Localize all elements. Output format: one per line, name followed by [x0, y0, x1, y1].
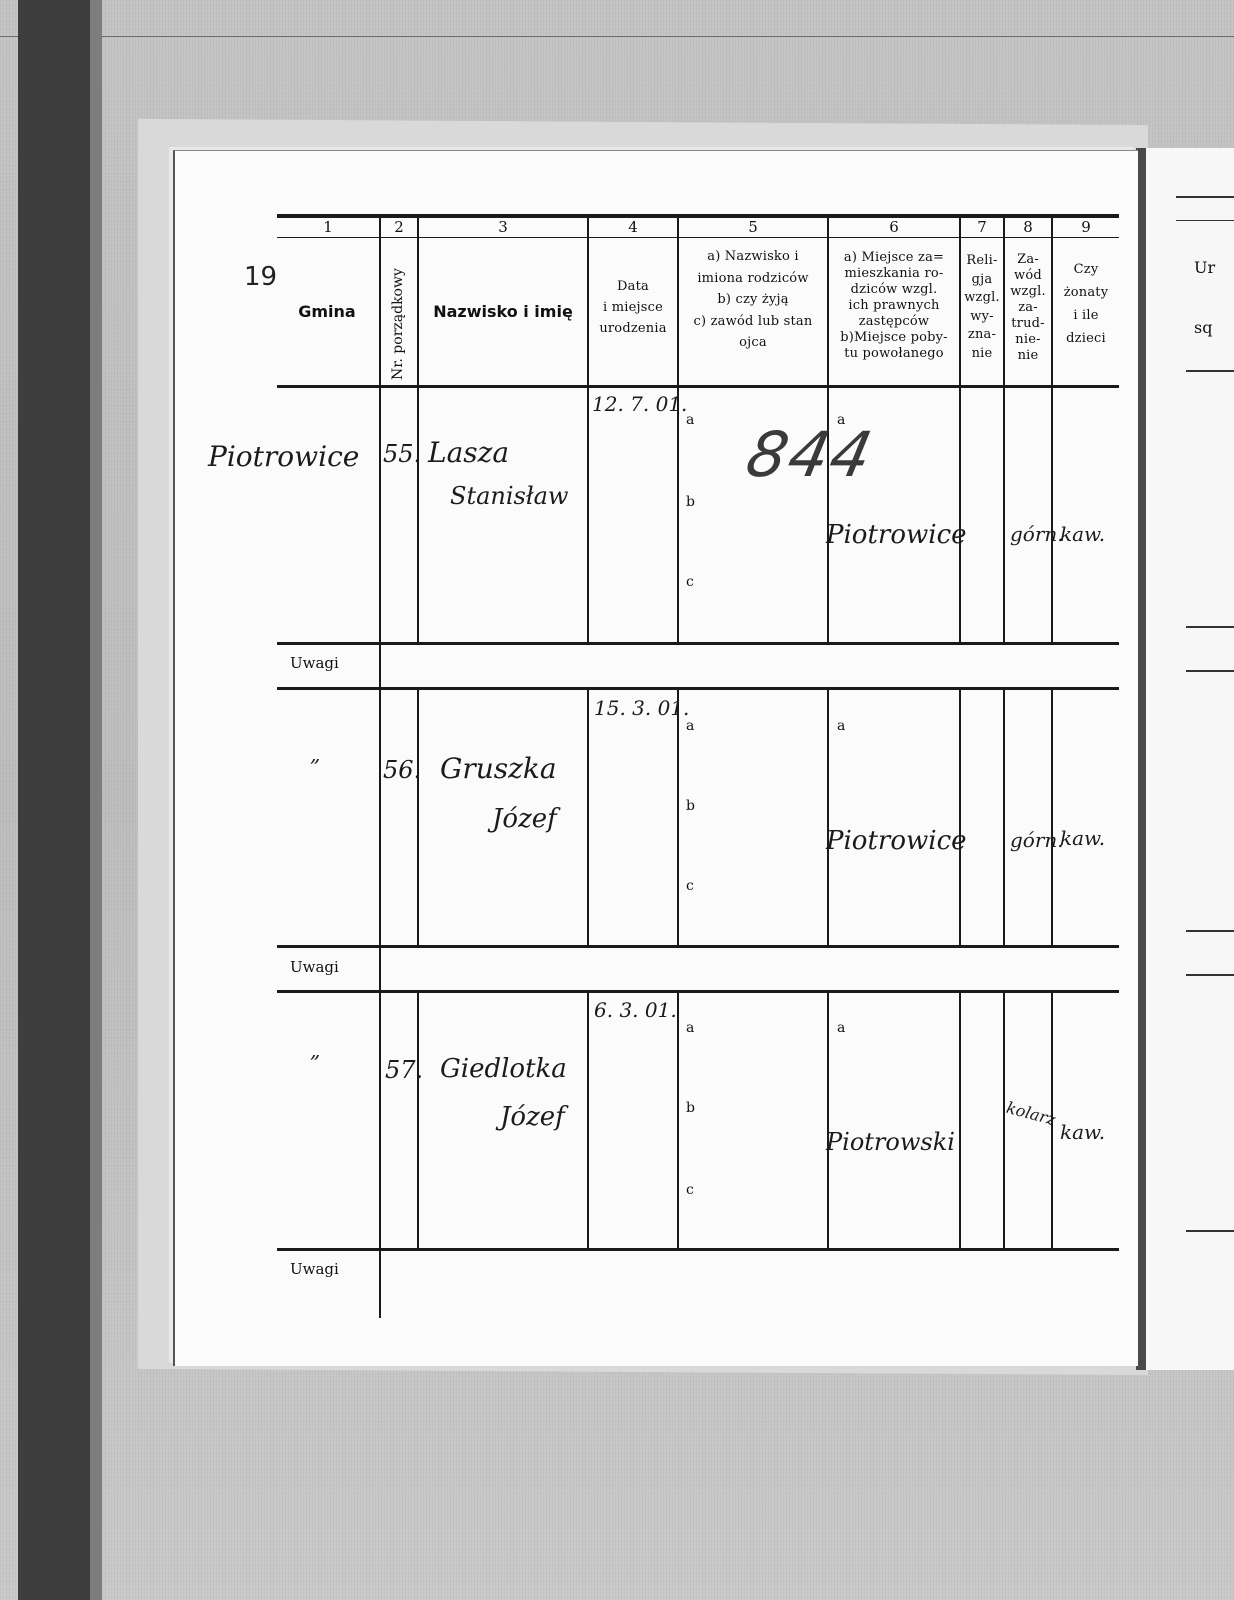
- header-line: wy-: [961, 308, 1003, 327]
- header-line: urodzenia: [589, 318, 677, 339]
- facing-page-rule: [1186, 1230, 1234, 1232]
- row1-divider: [959, 388, 961, 642]
- column-divider-4: [677, 216, 679, 386]
- header-line: ojca: [679, 332, 827, 354]
- header-line: Czy: [1053, 258, 1119, 281]
- row2-divider: [677, 690, 679, 945]
- row2-divider: [587, 690, 589, 945]
- row1-divider: [417, 388, 419, 642]
- row2-divider: [417, 690, 419, 945]
- facing-page-rule: [1186, 626, 1234, 628]
- entry2-surname: Gruszka: [440, 752, 557, 785]
- entry2-marital-status: kaw.: [1060, 826, 1105, 850]
- column-number-9: 9: [1053, 218, 1119, 236]
- row2-bottom-rule: [277, 945, 1119, 948]
- header-zonaty: Czy żonaty i ile dzieci: [1053, 258, 1119, 350]
- facing-page-rule: [1186, 974, 1234, 976]
- column-number-rule: [277, 237, 1119, 238]
- row3-divider: [417, 993, 419, 1248]
- row1-bottom-rule: [277, 642, 1119, 645]
- remarks-label: Uwagi: [290, 1260, 339, 1278]
- column-number-2: 2: [381, 218, 417, 236]
- header-line: a) Nazwisko i: [679, 246, 827, 268]
- column-number-1: 1: [277, 218, 379, 236]
- row1-divider: [1051, 388, 1053, 642]
- header-line: nie: [961, 345, 1003, 364]
- column-divider-5: [827, 216, 829, 386]
- entry3-gmina-ditto: „: [310, 1038, 320, 1062]
- header-gmina: Gmina: [277, 302, 377, 321]
- header-religia: Reli- gja wzgl. wy- zna- nie: [961, 252, 1003, 363]
- entry3-birth-date: 6. 3. 01.: [594, 998, 677, 1022]
- remarks2-bottom-rule: [277, 990, 1119, 993]
- header-line: c) zawód lub stan: [679, 311, 827, 333]
- header-line: trud-: [1005, 316, 1051, 332]
- header-line: dziców wzgl.: [829, 282, 959, 298]
- row3-bottom-rule: [277, 1248, 1119, 1251]
- column-number-8: 8: [1005, 218, 1051, 236]
- entry2-residence: Piotrowice: [826, 826, 967, 856]
- row3-divider: [827, 993, 829, 1248]
- row3-divider: [1003, 993, 1005, 1248]
- sub-label-a: a: [837, 718, 845, 734]
- entry1-birth-date: 12. 7. 01.: [592, 392, 687, 416]
- header-line: nie-: [1005, 332, 1051, 348]
- header-rodzice: a) Nazwisko i imiona rodziców b) czy żyj…: [679, 246, 827, 354]
- header-line: dzieci: [1053, 327, 1119, 350]
- header-miejsce-zamieszkania: a) Miejsce za= mieszkania ro- dziców wzg…: [829, 250, 959, 362]
- sub-label-a: a: [837, 1020, 845, 1036]
- row3-divider: [677, 993, 679, 1248]
- entry3-given-name: Józef: [500, 1102, 565, 1132]
- header-data-urodzenia: Data i miejsce urodzenia: [589, 276, 677, 339]
- column-number-4: 4: [589, 218, 677, 236]
- sub-label-c: c: [686, 574, 694, 590]
- facing-page: Ur sq: [1146, 148, 1234, 1370]
- header-line: żonaty: [1053, 281, 1119, 304]
- column-number-5: 5: [679, 218, 827, 236]
- row1-divider: [587, 388, 589, 642]
- row3-divider: [959, 993, 961, 1248]
- header-line: i miejsce: [589, 297, 677, 318]
- column-number-7: 7: [961, 218, 1003, 236]
- header-line: Za-: [1005, 252, 1051, 268]
- column-divider-1: [379, 216, 381, 1318]
- sub-label-c: c: [686, 1182, 694, 1198]
- header-line: tu powołanego: [829, 346, 959, 362]
- sub-label-a: a: [686, 718, 694, 734]
- header-line: gja: [961, 271, 1003, 290]
- row3-divider: [587, 993, 589, 1248]
- row2-divider: [1003, 690, 1005, 945]
- entry1-marital-status: kaw.: [1060, 522, 1105, 546]
- column-divider-8: [1051, 216, 1053, 386]
- row1-divider: [1003, 388, 1005, 642]
- header-bottom-rule: [277, 385, 1119, 388]
- entry2-birth-date: 15. 3. 01.: [594, 696, 689, 720]
- book-binding-edge: [90, 0, 102, 1600]
- header-line: imiona rodziców: [679, 268, 827, 290]
- header-nr-porzadkowy: Nr. porządkowy: [390, 245, 406, 380]
- entry3-surname: Giedlotka: [440, 1054, 567, 1084]
- header-line: wzgl.: [961, 289, 1003, 308]
- entry3-marital-status: kaw.: [1060, 1120, 1105, 1144]
- book-binding-shadow: [18, 0, 90, 1600]
- entry2-nr: 56.: [383, 756, 421, 784]
- entry2-gmina-ditto: „: [310, 742, 320, 766]
- header-line: b)Miejsce poby-: [829, 330, 959, 346]
- header-line: wód: [1005, 268, 1051, 284]
- row1-divider: [677, 388, 679, 642]
- entry2-given-name: Józef: [492, 804, 557, 834]
- entry2-occupation: górn.: [1010, 828, 1064, 852]
- column-number-6: 6: [829, 218, 959, 236]
- sub-label-c: c: [686, 878, 694, 894]
- header-line: b) czy żyją: [679, 289, 827, 311]
- sub-label-b: b: [686, 1100, 695, 1116]
- entry1-surname: Lasza: [428, 436, 509, 469]
- entry1-given-name: Stanisław: [450, 482, 568, 510]
- entry3-residence: Piotrowski: [826, 1128, 955, 1156]
- facing-page-rule: [1176, 220, 1234, 221]
- header-line: Data: [589, 276, 677, 297]
- header-nazwisko-i-imie: Nazwisko i imię: [419, 302, 587, 321]
- header-line: i ile: [1053, 304, 1119, 327]
- column-divider-6: [959, 216, 961, 386]
- facing-page-rule: [1176, 196, 1234, 198]
- header-line: mieszkania ro-: [829, 266, 959, 282]
- facing-page-rule: [1186, 670, 1234, 672]
- row2-divider: [827, 690, 829, 945]
- column-number-3: 3: [419, 218, 587, 236]
- facing-page-rule: [1186, 930, 1234, 932]
- margin-page-number: 19: [244, 262, 277, 292]
- sub-label-b: b: [686, 798, 695, 814]
- sub-label-a: a: [686, 1020, 694, 1036]
- facing-page-rule: [1186, 370, 1234, 372]
- remarks1-bottom-rule: [277, 687, 1119, 690]
- header-zawod: Za- wód wzgl. za- trud- nie- nie: [1005, 252, 1051, 364]
- header-line: za-: [1005, 300, 1051, 316]
- header-line: ich prawnych: [829, 298, 959, 314]
- facing-page-text: Ur: [1194, 258, 1215, 277]
- entry1-nr: 55.: [383, 440, 421, 468]
- entry1-gmina: Piotrowice: [208, 440, 359, 473]
- header-line: a) Miejsce za=: [829, 250, 959, 266]
- remarks-label: Uwagi: [290, 654, 339, 672]
- entry3-nr: 57.: [385, 1056, 423, 1084]
- scan-artifact-line: [0, 36, 1234, 37]
- row2-divider: [1051, 690, 1053, 945]
- column-divider-7: [1003, 216, 1005, 386]
- row2-divider: [959, 690, 961, 945]
- column-divider-3: [587, 216, 589, 386]
- remarks-label: Uwagi: [290, 958, 339, 976]
- header-line: nie: [1005, 348, 1051, 364]
- entry1-occupation: górn.: [1010, 522, 1064, 546]
- header-line: wzgl.: [1005, 284, 1051, 300]
- entry1-residence: Piotrowice: [826, 520, 967, 550]
- header-line: Reli-: [961, 252, 1003, 271]
- column-divider-2: [417, 216, 419, 386]
- sub-label-b: b: [686, 494, 695, 510]
- register-stamp-number: 844: [740, 418, 880, 491]
- header-line: zna-: [961, 326, 1003, 345]
- header-line: zastępców: [829, 314, 959, 330]
- facing-page-text: sq: [1194, 318, 1212, 337]
